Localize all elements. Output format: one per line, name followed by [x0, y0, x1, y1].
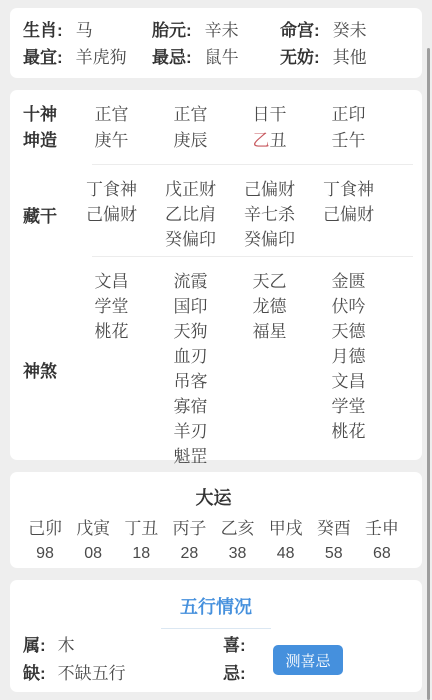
dayun-age: 58	[310, 545, 358, 563]
hour-stem: 壬	[332, 131, 349, 150]
canggan-row: 藏干 丁食神己偏财 戊正财乙比肩癸偏印 己偏财辛七杀癸偏印 丁食神己偏财	[10, 165, 422, 256]
dayun-pillar: 丙子	[165, 519, 213, 539]
shensha-item: 文昌	[309, 369, 388, 394]
shensha-col-year: 文昌学堂桃花	[72, 269, 151, 469]
shensha-col-month: 流霞国印天狗血刃吊客寡宿羊刃魁罡	[151, 269, 230, 469]
dayun-card: 大运 己卯戊寅丁丑丙子乙亥甲戌癸酉壬申 9808182838485868	[10, 472, 422, 568]
canggan-row-label: 藏干	[23, 202, 57, 227]
canggan-item: 己偏财	[309, 202, 388, 227]
shensha-item: 桃花	[72, 319, 151, 344]
unfavorable-label: 忌:	[223, 660, 259, 688]
dayun-pillar: 壬申	[358, 519, 406, 539]
dayun-age: 48	[262, 545, 310, 563]
shensha-item: 伏吟	[309, 294, 388, 319]
shensha-item: 寡宿	[151, 394, 230, 419]
shensha-item: 魁罡	[151, 444, 230, 469]
day-ten-god: 日干	[230, 102, 309, 128]
missing-label: 缺:	[23, 664, 46, 683]
pillars-row: 十神 坤造 正官 庚午 正官 庚辰 日干 乙丑 正印 壬午	[10, 90, 422, 164]
worst-match-pair: 最忌:鼠牛	[152, 44, 280, 71]
canggan-item: 丁食神	[72, 177, 151, 202]
missing-value: 不缺五行	[58, 664, 126, 683]
shensha-item: 学堂	[72, 294, 151, 319]
month-ten-god: 正官	[151, 102, 230, 128]
dayun-age: 18	[117, 545, 165, 563]
shensha-col-hour: 金匮伏吟天德月德文昌学堂桃花	[309, 269, 388, 469]
month-stem: 庚	[174, 131, 191, 150]
best-match-value: 羊虎狗	[76, 48, 127, 67]
canggan-col-day: 己偏财辛七杀癸偏印	[230, 177, 309, 252]
dayun-title: 大运	[21, 472, 406, 510]
shensha-item: 学堂	[309, 394, 388, 419]
canggan-item: 辛七杀	[230, 202, 309, 227]
dayun-pillar: 丁丑	[117, 519, 165, 539]
minggong-pair: 命宫:癸未	[280, 17, 409, 44]
minggong-value: 癸未	[333, 21, 367, 40]
wuxing-left-column: 属:木 缺:不缺五行	[23, 632, 223, 688]
day-pillar: 日干 乙丑	[230, 102, 309, 154]
favorable-label: 喜:	[223, 632, 259, 660]
shensha-item: 金匮	[309, 269, 388, 294]
shensha-item: 羊刃	[151, 419, 230, 444]
canggan-col-month: 戊正财乙比肩癸偏印	[151, 177, 230, 252]
hour-ten-god: 正印	[309, 102, 388, 128]
shensha-row-label: 神煞	[23, 357, 57, 382]
pillars-row-label: 十神 坤造	[10, 102, 72, 154]
hour-pillar: 正印 壬午	[309, 102, 388, 154]
shensha-row-label-cell: 神煞	[10, 269, 72, 469]
shensha-item: 国印	[151, 294, 230, 319]
zodiac-value: 马	[76, 21, 93, 40]
shensha-item: 血刃	[151, 344, 230, 369]
shensha-item: 福星	[230, 319, 309, 344]
dayun-pillar: 乙亥	[214, 519, 262, 539]
zodiac-label: 生肖:	[23, 21, 63, 40]
year-stem: 庚	[95, 131, 112, 150]
wuxing-body: 属:木 缺:不缺五行 喜: 忌: 测喜忌	[10, 629, 422, 688]
basic-info-row-1: 生肖:马 胎元:辛未 命宫:癸未	[23, 17, 409, 44]
shensha-item: 桃花	[309, 419, 388, 444]
scrollbar-thumb[interactable]	[427, 48, 430, 700]
neutral-match-pair: 无妨:其他	[280, 44, 409, 71]
shensha-row: 神煞 文昌学堂桃花 流霞国印天狗血刃吊客寡宿羊刃魁罡 天乙龙德福星 金匮伏吟天德…	[10, 257, 422, 469]
missing-row: 缺:不缺五行	[23, 660, 223, 688]
canggan-col-hour: 丁食神己偏财	[309, 177, 388, 252]
canggan-item: 乙比肩	[151, 202, 230, 227]
dayun-age: 68	[358, 545, 406, 563]
canggan-item: 丁食神	[309, 177, 388, 202]
year-ten-god: 正官	[72, 102, 151, 128]
shensha-item: 天德	[309, 319, 388, 344]
dayun-pillars-row: 己卯戊寅丁丑丙子乙亥甲戌癸酉壬申	[21, 519, 406, 539]
canggan-item: 戊正财	[151, 177, 230, 202]
shensha-item: 天乙	[230, 269, 309, 294]
day-branch: 丑	[270, 131, 287, 150]
dayun-age: 08	[69, 545, 117, 563]
minggong-label: 命宫:	[280, 21, 320, 40]
year-pillar-chars: 庚午	[72, 128, 151, 154]
taiyuan-value: 辛未	[205, 21, 239, 40]
hour-pillar-chars: 壬午	[309, 128, 388, 154]
dayun-pillar: 己卯	[21, 519, 69, 539]
element-label: 属:	[23, 636, 46, 655]
best-match-label: 最宜:	[23, 48, 63, 67]
dayun-age: 98	[21, 545, 69, 563]
day-pillar-chars: 乙丑	[230, 128, 309, 154]
month-pillar-chars: 庚辰	[151, 128, 230, 154]
shensha-item: 流霞	[151, 269, 230, 294]
shensha-item: 月德	[309, 344, 388, 369]
year-branch: 午	[112, 131, 129, 150]
worst-match-value: 鼠牛	[205, 48, 239, 67]
zodiac-pair: 生肖:马	[23, 17, 152, 44]
canggan-col-year: 丁食神己偏财	[72, 177, 151, 252]
canggan-item: 癸偏印	[230, 227, 309, 252]
basic-info-row-2: 最宜:羊虎狗 最忌:鼠牛 无妨:其他	[23, 44, 409, 71]
hour-branch: 午	[349, 131, 366, 150]
dayun-pillar: 癸酉	[310, 519, 358, 539]
shensha-item: 龙德	[230, 294, 309, 319]
element-row: 属:木	[23, 632, 223, 660]
wuxing-card: 五行情况 属:木 缺:不缺五行 喜: 忌: 测喜忌	[10, 580, 422, 692]
shensha-item: 天狗	[151, 319, 230, 344]
neutral-match-label: 无妨:	[280, 48, 320, 67]
dayun-age: 38	[214, 545, 262, 563]
wuxing-title: 五行情况	[10, 580, 422, 619]
day-stem: 乙	[253, 131, 270, 150]
kunzao-row-label: 坤造	[23, 128, 72, 154]
element-value: 木	[58, 636, 75, 655]
worst-match-label: 最忌:	[152, 48, 192, 67]
taiyuan-pair: 胎元:辛未	[152, 17, 280, 44]
month-pillar: 正官 庚辰	[151, 102, 230, 154]
basic-info-card: 生肖:马 胎元:辛未 命宫:癸未 最宜:羊虎狗 最忌:鼠牛 无妨:其他	[10, 8, 422, 78]
shensha-item: 吊客	[151, 369, 230, 394]
taiyuan-label: 胎元:	[152, 21, 192, 40]
canggan-item: 癸偏印	[151, 227, 230, 252]
best-match-pair: 最宜:羊虎狗	[23, 44, 152, 71]
shensha-col-day: 天乙龙德福星	[230, 269, 309, 469]
ten-gods-row-label: 十神	[23, 102, 72, 128]
canggan-row-label-cell: 藏干	[10, 177, 72, 252]
dayun-pillar: 戊寅	[69, 519, 117, 539]
bazi-table-card: 十神 坤造 正官 庚午 正官 庚辰 日干 乙丑 正印 壬午 藏干 丁食神己偏财 …	[10, 90, 422, 460]
shensha-item: 文昌	[72, 269, 151, 294]
year-pillar: 正官 庚午	[72, 102, 151, 154]
month-branch: 辰	[191, 131, 208, 150]
wuxing-mid-column: 喜: 忌:	[223, 632, 259, 688]
test-xiji-button[interactable]: 测喜忌	[273, 645, 343, 675]
dayun-pillar: 甲戌	[262, 519, 310, 539]
dayun-ages-row: 9808182838485868	[21, 545, 406, 563]
canggan-item: 己偏财	[230, 177, 309, 202]
dayun-age: 28	[165, 545, 213, 563]
neutral-match-value: 其他	[333, 48, 367, 67]
canggan-item: 己偏财	[72, 202, 151, 227]
